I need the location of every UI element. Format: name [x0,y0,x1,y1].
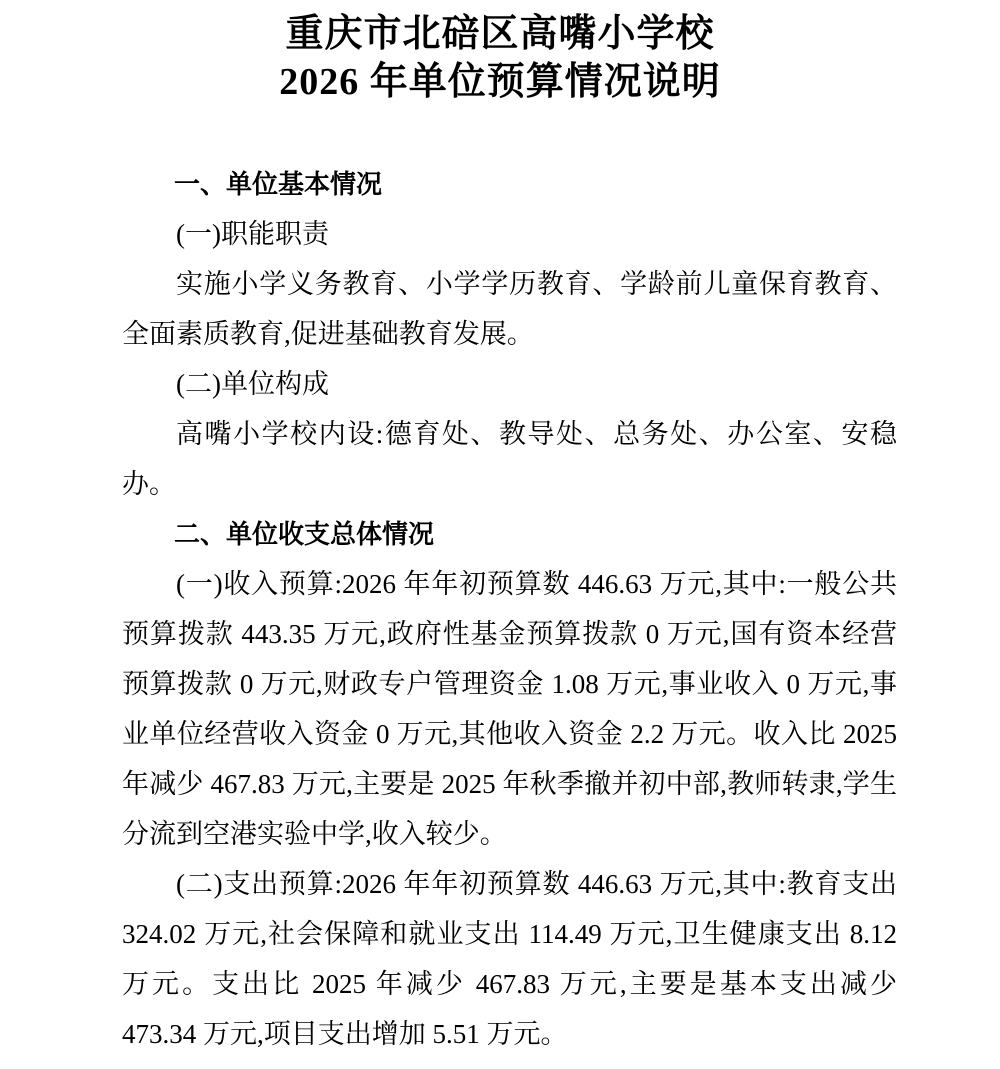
paragraph-expenditure-budget: (二)支出预算:2026 年年初预算数 446.63 万元,其中:教育支出 32… [122,859,897,1059]
section-heading-budget-overview: 二、单位收支总体情况 [122,509,897,559]
subsection-heading-composition: (二)单位构成 [122,359,897,409]
document-body: 一、单位基本情况 (一)职能职责 实施小学义务教育、小学学历教育、学龄前儿童保育… [122,159,897,1059]
document-title-line-1: 重庆市北碚区高嘴小学校 [0,10,1000,58]
paragraph-income-budget: (一)收入预算:2026 年年初预算数 446.63 万元,其中:一般公共预算拨… [122,559,897,859]
paragraph-functions: 实施小学义务教育、小学学历教育、学龄前儿童保育教育、全面素质教育,促进基础教育发… [122,259,897,359]
document-title: 重庆市北碚区高嘴小学校 2026 年单位预算情况说明 [0,0,1000,106]
paragraph-composition: 高嘴小学校内设:德育处、教导处、总务处、办公室、安稳办。 [122,409,897,509]
document-page: 重庆市北碚区高嘴小学校 2026 年单位预算情况说明 一、单位基本情况 (一)职… [0,0,1000,1069]
subsection-heading-functions: (一)职能职责 [122,209,897,259]
section-heading-basic-info: 一、单位基本情况 [122,159,897,209]
document-title-line-2: 2026 年单位预算情况说明 [0,58,1000,106]
